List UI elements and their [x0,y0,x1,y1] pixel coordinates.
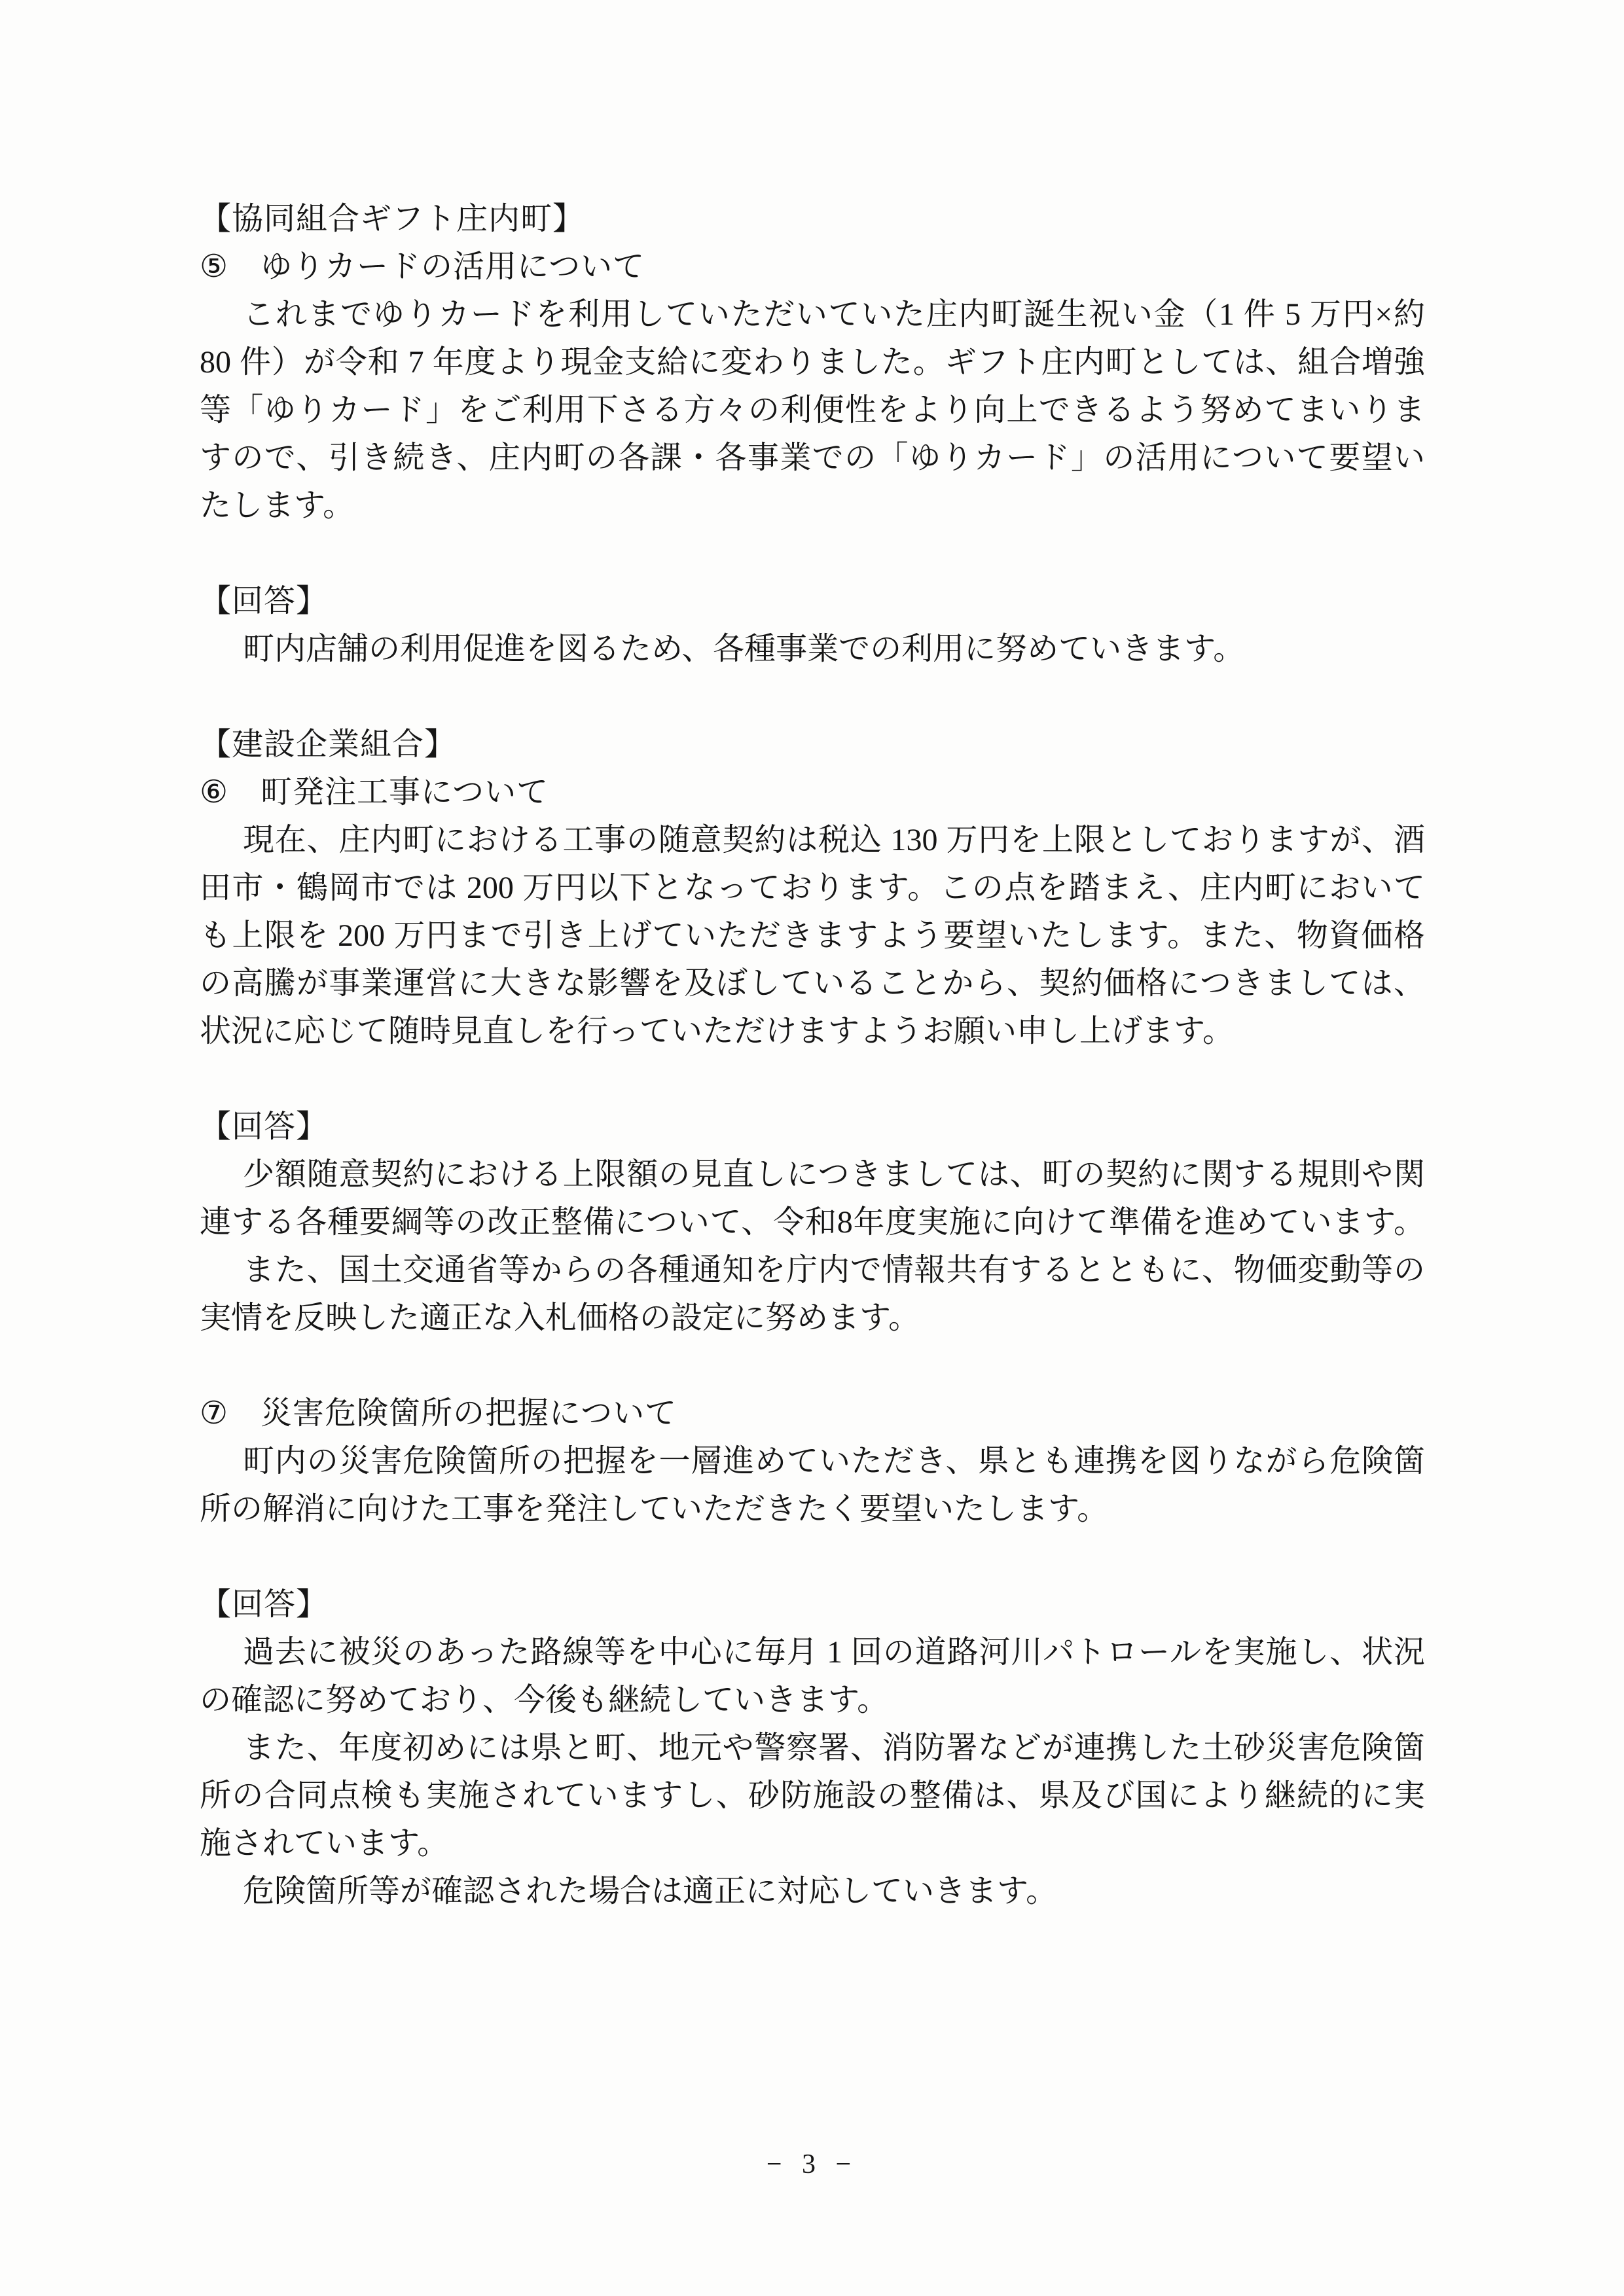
text-line: の高騰が事業運営に大きな影響を及ぼしていることから、契約価格につきましては、 [200,960,1425,1007]
text-line: 町内店舗の利用促進を図るため、各種事業での利用に努めていきます。 [200,625,1425,673]
text-line: 等「ゆりカード」をご利用下さる方々の利便性をより向上できるよう努めてまいりま [200,386,1425,434]
text-line: 所の解消に向けた工事を発注していただきたく要望いたします。 [200,1485,1425,1533]
text-line: 施されています。 [200,1820,1425,1867]
document-page: 【協同組合ギフト庄内町】 ⑤ ゆりカードの活用について これまでゆりカードを利用… [0,0,1624,2296]
text-line: 80 件）が令和 7 年度より現金支給に変わりました。ギフト庄内町としては、組合… [200,338,1425,386]
item-heading: ⑤ ゆりカードの活用について [200,243,1425,291]
item-heading: ⑥ 町発注工事について [200,768,1425,816]
text-line: 実情を反映した適正な入札価格の設定に努めます。 [200,1294,1425,1342]
text-line: これまでゆりカードを利用していただいていた庄内町誕生祝い金（1 件 5 万円×約 [200,291,1425,338]
spacer [200,1533,1425,1581]
section-heading: 【協同組合ギフト庄内町】 [200,195,1425,243]
spacer [200,1342,1425,1390]
text-line: たします。 [200,482,1425,529]
text-line: 危険箇所等が確認された場合は適正に対応していきます。 [200,1867,1425,1915]
text-line: 現在、庄内町における工事の随意契約は税込 130 万円を上限としておりますが、酒 [200,816,1425,864]
text-line: 連する各種要綱等の改正整備について、令和8年度実施に向けて準備を進めています。 [200,1198,1425,1246]
text-line: すので、引き続き、庄内町の各課・各事業での「ゆりカード」の活用について要望い [200,434,1425,482]
text-line: 少額随意契約における上限額の見直しにつきましては、町の契約に関する規則や関 [200,1151,1425,1198]
text-line: また、年度初めには県と町、地元や警察署、消防署などが連携した土砂災害危険箇 [200,1724,1425,1772]
answer-heading: 【回答】 [200,577,1425,625]
text-line: の確認に努めており、今後も継続していきます。 [200,1676,1425,1724]
item-heading: ⑦ 災害危険箇所の把握について [200,1390,1425,1437]
answer-heading: 【回答】 [200,1581,1425,1628]
spacer [200,1055,1425,1103]
text-line: 田市・鶴岡市では 200 万円以下となっております。この点を踏まえ、庄内町におい… [200,864,1425,912]
text-line: 状況に応じて随時見直しを行っていただけますようお願い申し上げます。 [200,1007,1425,1055]
document-body: 【協同組合ギフト庄内町】 ⑤ ゆりカードの活用について これまでゆりカードを利用… [200,195,1425,1915]
answer-heading: 【回答】 [200,1103,1425,1151]
text-line: 所の合同点検も実施されていますし、砂防施設の整備は、県及び国により継続的に実 [200,1772,1425,1820]
text-line: 町内の災害危険箇所の把握を一層進めていただき、県とも連携を図りながら危険箇 [200,1437,1425,1485]
spacer [200,673,1425,721]
section-heading: 【建設企業組合】 [200,721,1425,768]
text-line: も上限を 200 万円まで引き上げていただきますよう要望いたします。また、物資価… [200,912,1425,960]
page-number: − 3 − [0,2149,1624,2180]
text-line: 過去に被災のあった路線等を中心に毎月 1 回の道路河川パトロールを実施し、状況 [200,1628,1425,1676]
text-line: また、国土交通省等からの各種通知を庁内で情報共有するとともに、物価変動等の [200,1246,1425,1294]
spacer [200,529,1425,577]
